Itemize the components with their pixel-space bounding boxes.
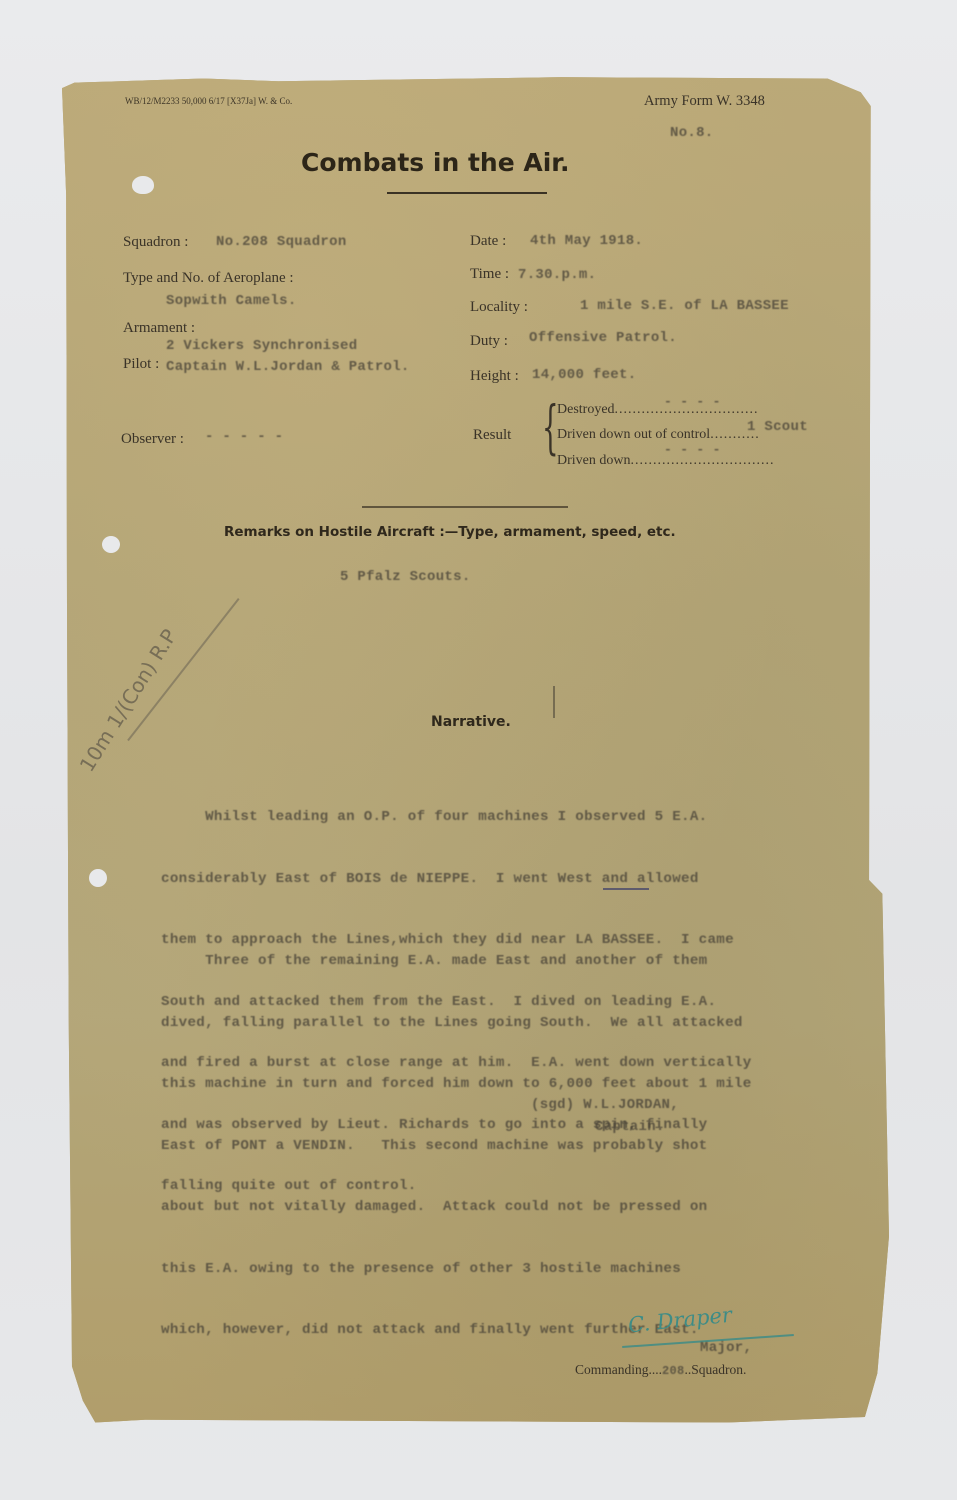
pilot-value: Captain W.L.Jordan & Patrol. (166, 359, 410, 375)
result-driven-down-value: - - - - (664, 442, 721, 457)
locality-label: Locality : (470, 299, 528, 316)
armament-value: 2 Vickers Synchronised (166, 338, 357, 354)
result-out-of-control-label: Driven down out of control (557, 427, 710, 442)
result-destroyed-label: Destroyed (557, 402, 615, 417)
result-destroyed-value: - - - - (664, 394, 721, 409)
typed-signature-name: (sgd) W.L.JORDAN, (531, 1097, 679, 1113)
commanding-line: Commanding....208..Squadron. (575, 1362, 746, 1378)
underline-mark (603, 888, 649, 890)
page-title: Combats in the Air. (301, 148, 570, 177)
narrative-line: this machine in turn and forced him down… (161, 1074, 752, 1095)
pilot-label: Pilot : (123, 356, 159, 373)
duty-value: Offensive Patrol. (529, 330, 677, 346)
result-out-of-control: Driven down out of control........... (557, 427, 760, 443)
aeroplane-value: Sopwith Camels. (166, 293, 297, 309)
narrative-line: considerably East of BOIS de NIEPPE. I w… (161, 869, 752, 890)
section-divider (362, 506, 568, 508)
armament-label: Armament : (123, 320, 195, 337)
narrative-line: East of PONT a VENDIN. This second machi… (161, 1136, 752, 1157)
aeroplane-label: Type and No. of Aeroplane : (123, 270, 294, 287)
height-label: Height : (470, 368, 519, 385)
date-value: 4th May 1918. (530, 233, 643, 249)
time-value: 7.30.p.m. (518, 267, 596, 283)
duty-label: Duty : (470, 333, 508, 350)
narrative-heading: Narrative. (431, 714, 511, 730)
punch-hole-top (132, 176, 154, 194)
narrative-line: this E.A. owing to the presence of other… (161, 1259, 752, 1280)
endorsement-rank: Major, (700, 1340, 752, 1356)
observer-label: Observer : (121, 431, 184, 448)
time-label: Time : (470, 266, 509, 283)
typed-signature-rank: Captain. (595, 1119, 665, 1135)
result-out-of-control-value: 1 Scout (747, 419, 808, 435)
date-label: Date : (470, 233, 506, 250)
punch-hole-bottom (89, 869, 107, 887)
result-destroyed: Destroyed...............................… (557, 402, 759, 418)
narrative-line: Whilst leading an O.P. of four machines … (161, 807, 752, 828)
result-driven-down-label: Driven down (557, 453, 631, 468)
remarks-value: 5 Pfalz Scouts. (340, 569, 471, 585)
remarks-heading: Remarks on Hostile Aircraft :—Type, arma… (224, 524, 676, 540)
squadron-value: No.208 Squadron (216, 234, 347, 250)
narrative-line: Three of the remaining E.A. made East an… (161, 951, 752, 972)
title-underline (387, 192, 547, 194)
narrative-line: about but not vitally damaged. Attack co… (161, 1197, 752, 1218)
observer-value: - - - - - (205, 429, 283, 445)
squadron-label: Squadron : (123, 234, 188, 251)
ink-mark (553, 686, 555, 718)
punch-hole-middle (102, 536, 120, 553)
locality-value: 1 mile S.E. of LA BASSEE (580, 298, 789, 314)
narrative-paragraph-2: Three of the remaining E.A. made East an… (161, 910, 752, 1361)
form-print-code: WB/12/M2233 50,000 6/17 [X37Ja] W. & Co. (125, 96, 292, 106)
commanding-squadron-number: 208 (662, 1364, 685, 1378)
height-value: 14,000 feet. (532, 367, 636, 383)
result-label: Result (473, 427, 511, 444)
narrative-line: dived, falling parallel to the Lines goi… (161, 1013, 752, 1034)
form-number: Army Form W. 3348 (644, 93, 765, 110)
report-number: No.8. (670, 125, 714, 141)
